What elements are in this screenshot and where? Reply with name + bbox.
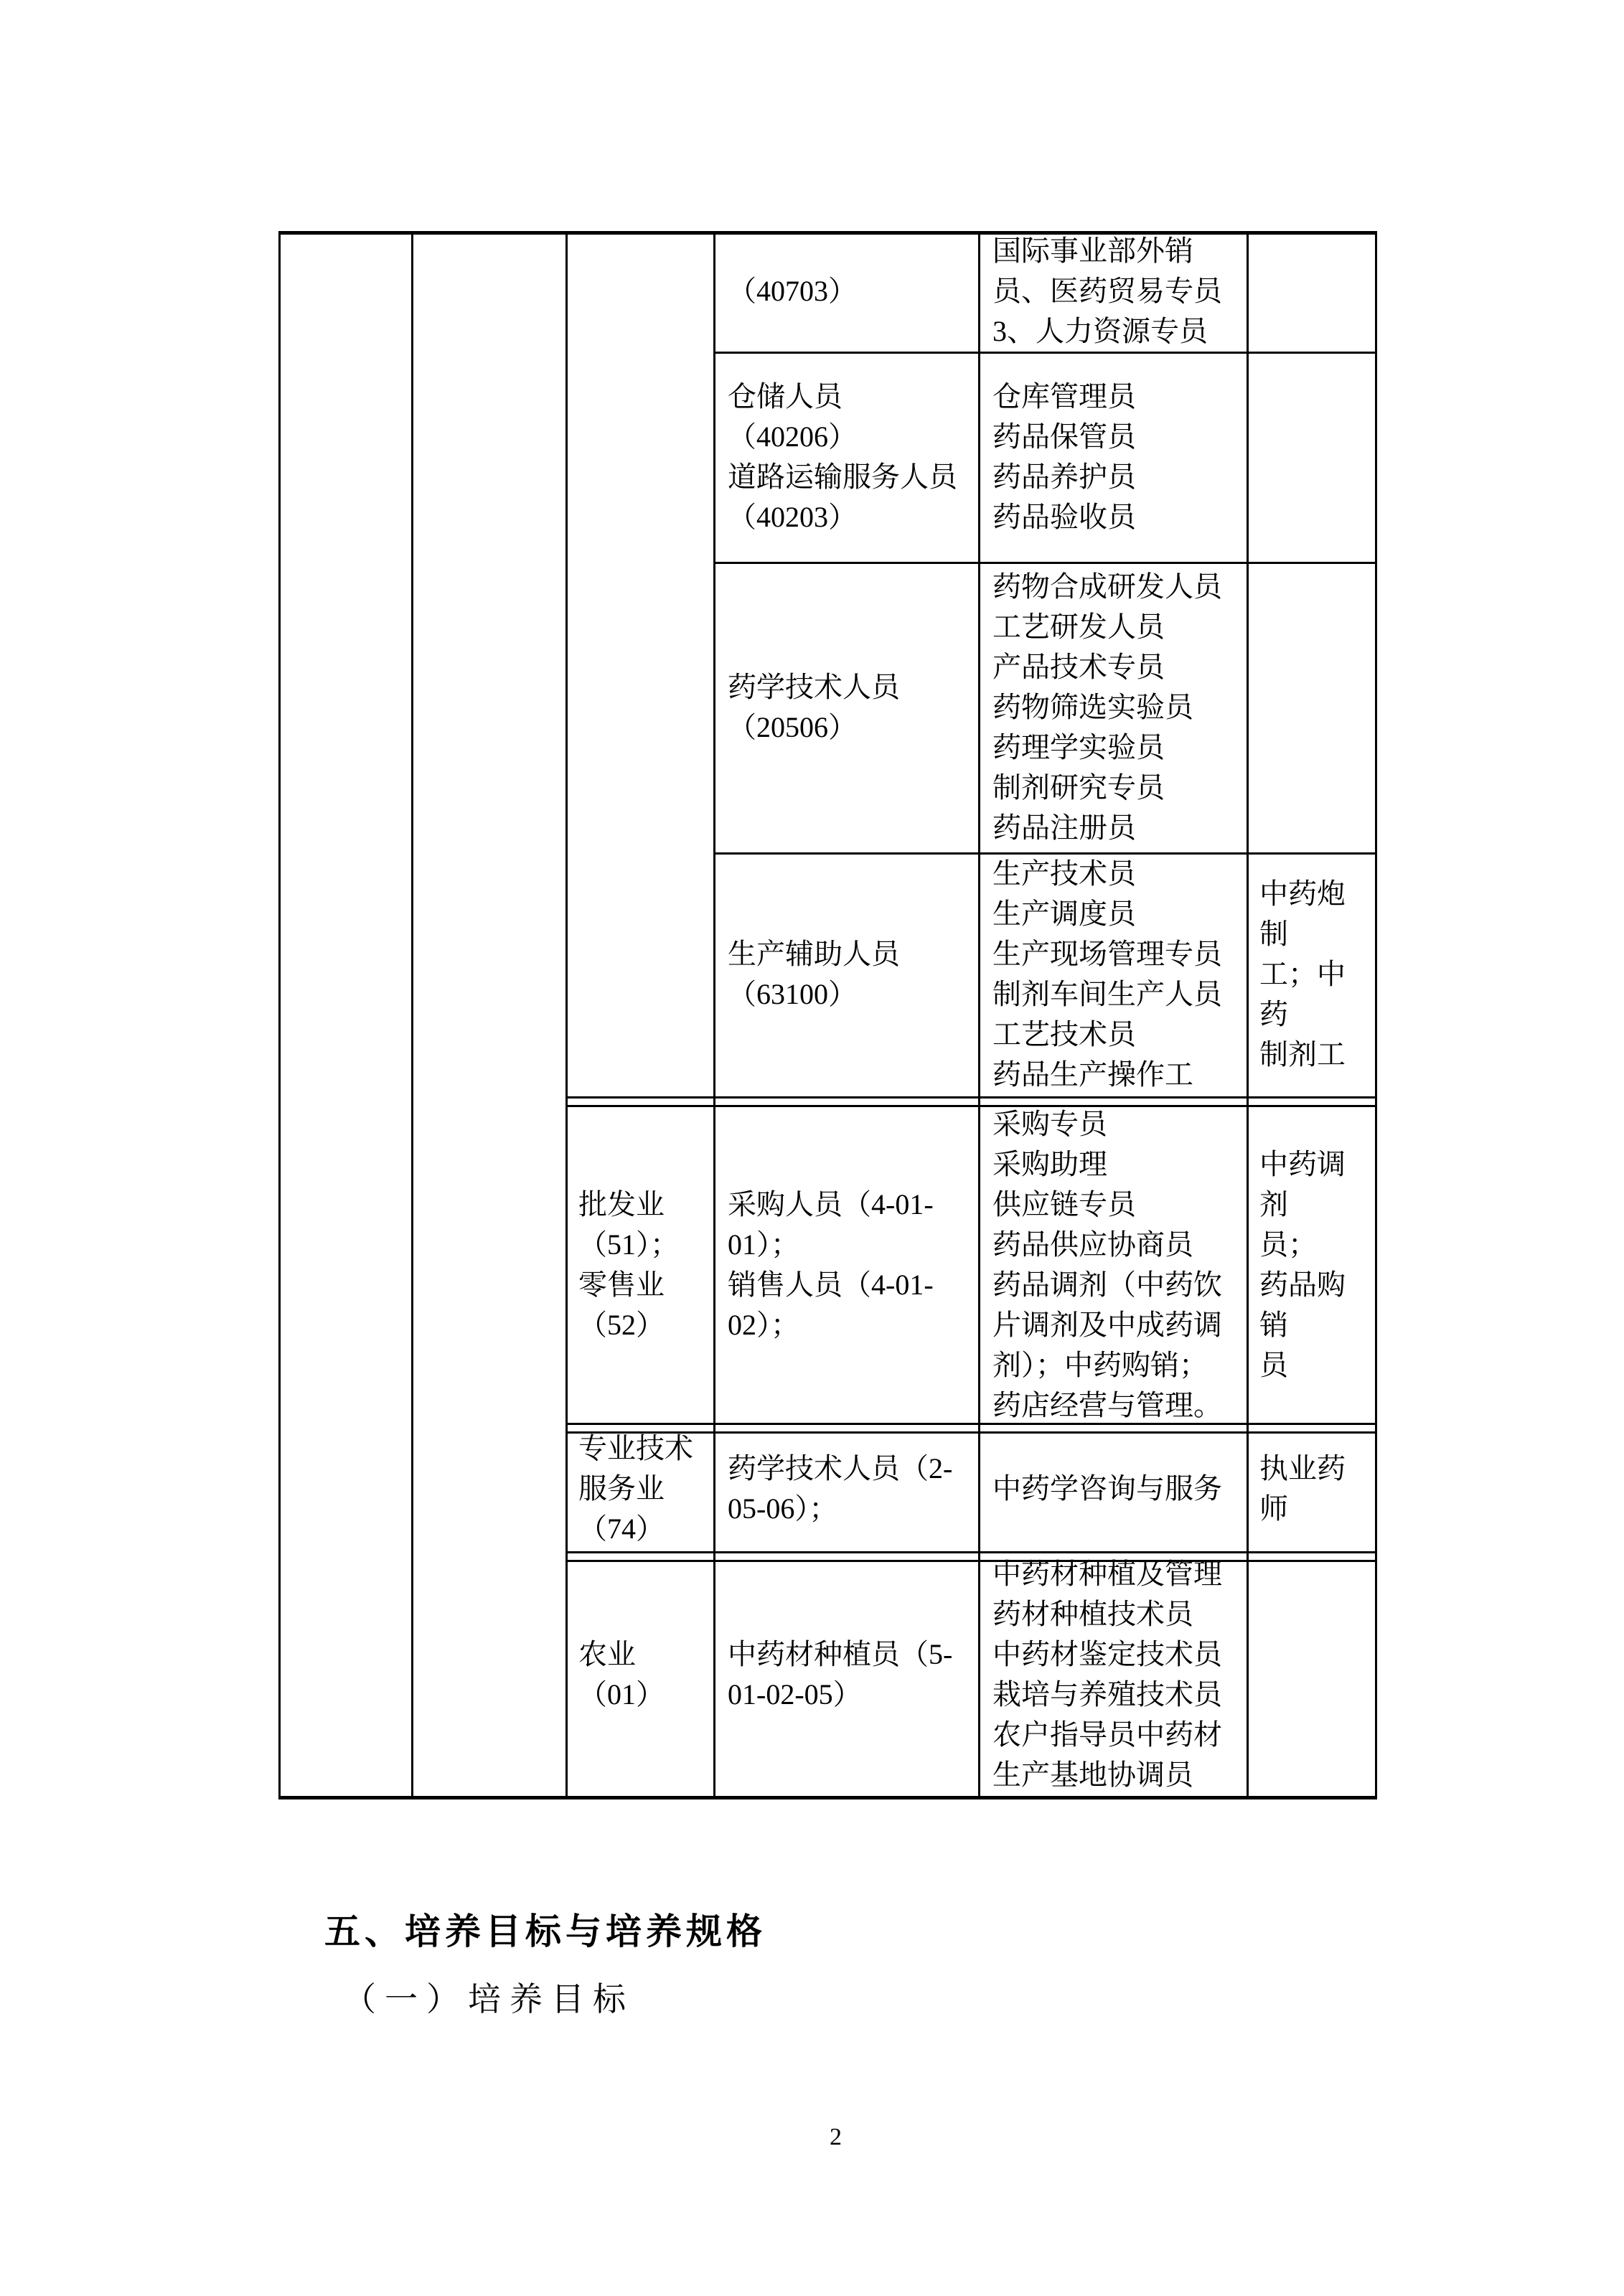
positions-cell: 中药材种植及管理 药材种植技术员 中药材鉴定技术员 栽培与养殖技术员 农户指导员… [978,1553,1247,1796]
positions-cell: 国际事业部外销 员、医药贸易专员 3、人力资源专员 [978,231,1247,352]
document-page: { "headings": { "section": "五、培养目标与培养规格"… [0,0,1624,2296]
positions-cell: 药物合成研发人员 工艺研发人员 产品技术专员 药物筛选实验员 药理学实验员 制剂… [978,562,1247,852]
occupation-cell: 采购人员（4-01- 01）； 销售人员（4-01- 02）； [713,1105,978,1424]
subsection-heading: （一）培养目标 [343,1973,634,2020]
occupation-cell: （40703） [713,231,978,352]
page-number: 2 [830,2124,842,2151]
occupation-cell: 仓储人员 （40206） 道路运输服务人员 （40203） [713,352,978,562]
section-heading: 五、培养目标与培养规格 [324,1903,766,1954]
industry-cell: 专业技术 服务业 （74） [565,1424,713,1553]
table-gridline [411,231,413,1798]
certificates-cell: 中药炮制 工；中药 制剂工 [1247,852,1375,1096]
positions-cell: 采购专员 采购助理 供应链专员 药品供应协商员 药品调剂（中药饮 片调剂及中成药… [978,1105,1247,1424]
positions-cell: 仓库管理员 药品保管员 药品养护员 药品验收员 [978,352,1247,562]
occupation-cell: 药学技术人员（2- 05-06）； [713,1424,978,1553]
occupation-cell: 生产辅助人员 （63100） [713,852,978,1096]
certificates-cell: 执业药师 [1247,1424,1375,1553]
table-gridline [278,1796,1377,1799]
certificates-cell: 中药调剂 员； 药品购销 员 [1247,1105,1375,1424]
table-gridline [278,231,281,1798]
positions-cell: 中药学咨询与服务 [978,1424,1247,1553]
occupation-cell: 中药材种植员（5- 01-02-05） [713,1553,978,1796]
industry-cell: 批发业 （51）； 零售业 （52） [565,1105,713,1424]
table-gridline [565,1096,1377,1098]
occupation-cell: 药学技术人员 （20506） [713,562,978,852]
industry-cell: 农业 （01） [565,1553,713,1796]
positions-cell: 生产技术员 生产调度员 生产现场管理专员 制剂车间生产人员 工艺技术员 药品生产… [978,852,1247,1096]
table-gridline [1375,231,1377,1798]
